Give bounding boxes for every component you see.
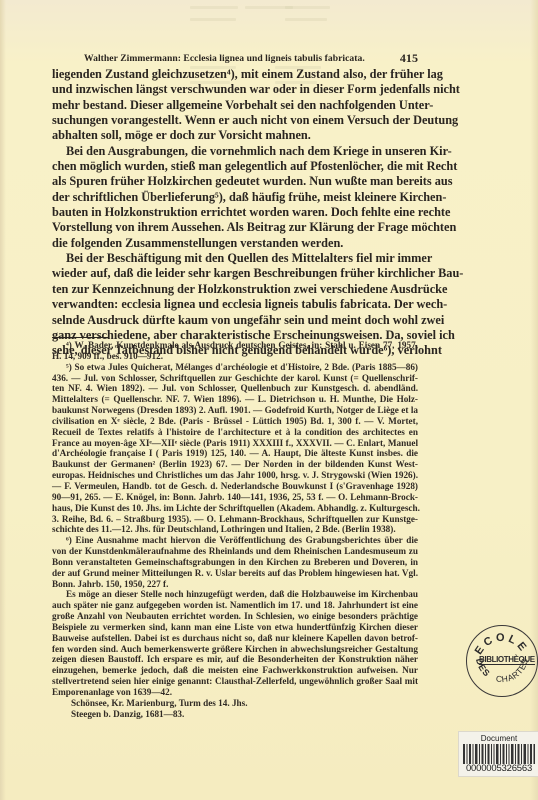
body-line: Bei den Ausgrabungen, die vornehmlich na… [52,144,418,159]
footnote-line: stellvertretend seien hier einige genann… [52,676,418,687]
body-line: ten zur Kennzeichnung der Holzkonstrukti… [52,282,418,297]
body-line: mehr bestand. Dieser allgemeine Vorbehal… [52,98,418,113]
body-line: die folgenden Zusammenstellungen verstan… [52,236,418,251]
svg-text:ECOLE: ECOLE [473,632,531,657]
footnote-line: H. 14, 909 ff., bes. 910—912. [52,351,418,362]
footnote-4: ⁴) W. Bader, Kunstdenkmale als Ausdruck … [52,340,418,362]
footnote-6: ⁶) Eine Ausnahme macht hiervon die Veröf… [52,535,418,589]
footnote-line: Bonn veranstalteten Gemeinschaftsgrabung… [52,557,418,568]
footnote-line: — F. Vermeulen, Handb. tot de Gesch. d. … [52,481,418,492]
body-text: liegenden Zustand gleichzusetzen⁴), mit … [52,67,418,359]
body-line: liegenden Zustand gleichzusetzen⁴), mit … [52,67,418,82]
page-number: 415 [400,51,418,66]
footnote-examples: Schönsee, Kr. Marienburg, Turm des 14. J… [52,698,418,720]
footnote-line: Bauweise aufstellen. Dabei ist es durcha… [52,633,418,644]
stamp-top-text: ECOLE [473,632,531,657]
example-line: Steegen b. Danzig, 1681—83. [52,709,418,720]
footnote-line: auch später nie ganz aufgegeben worden i… [52,600,418,611]
footnote-line: Es möge an dieser Stelle noch hinzugefüg… [52,589,418,600]
footnote-5: ⁵) So etwa Jules Quicherat, Mélanges d'a… [52,362,418,536]
body-line: Bei der Beschäftigung mit den Quellen de… [52,251,418,266]
body-line: chen möglich wurden, stieß man gelegentl… [52,159,418,174]
example-line: Schönsee, Kr. Marienburg, Turm des 14. J… [52,698,418,709]
body-line: suchungen vorangestellt. Wenn er auch ni… [52,113,418,128]
body-line: und inzwischen längst verschwunden war o… [52,82,418,97]
body-line: bauten in Holzkonstruktion errichtet wor… [52,205,418,220]
footnotes: ⁴) W. Bader, Kunstdenkmale als Ausdruck … [52,340,418,720]
barcode-title: Document [459,734,538,743]
body-line: verwandten: ecclesia lignea und ecclesia… [52,297,418,312]
footnote-line: 3. Reihe, Bd. 6. – Straßburg 1935). — O.… [52,514,418,525]
footnote-line: ⁴) W. Bader, Kunstdenkmale als Ausdruck … [52,340,418,351]
running-title: Walther Zimmermann: Ecclesia lignea und … [84,53,365,64]
body-line: als Spuren früher Holzkirchen gedeutet w… [52,174,418,189]
footnote-line: europas. Heidnisches und Christliches um… [52,470,418,481]
footnote-line: 436. — Jul. von Schlosser, Schriftquelle… [52,373,418,384]
body-line: abhalten soll, möge er doch zur Vorsicht… [52,128,418,143]
barcode-label: Document 0000005326563 [458,731,538,777]
barcode-icon [463,744,535,764]
footnote-line: zeigen diesen Baustoff. Ich erspare es m… [52,654,418,665]
footnote-line: 90—91, 265. — E. Knögel, in: Bonn. Jahrb… [52,492,418,503]
footnote-line: Emporenanlage von 1639—42. [52,687,418,698]
footnote-line: d'Archéologie française I ( Paris 1919) … [52,448,418,459]
footnote-6-addendum: Es möge an dieser Stelle noch hinzugefüg… [52,589,418,697]
stamp-center-text: BIBLIOTHÈQUE [479,655,535,665]
library-stamp: ECOLE DES CHARTES BIBLIOTHÈQUE [466,625,538,697]
footnote-line: Beispiele zu vermerken sind, kann man ei… [52,622,418,633]
footnote-line: Baukunst der Germanen² (Berlin 1923) 67.… [52,459,418,470]
footnote-line: civilisation en Xᵉ siècle, 2 Bde. (Paris… [52,416,418,427]
footnote-line: ten NF. 4. Wien 1892). — Jul. von Schlos… [52,383,418,394]
footnote-line: ⁵) So etwa Jules Quicherat, Mélanges d'a… [52,362,418,373]
footnote-separator [52,337,108,338]
running-head: Walther Zimmermann: Ecclesia lignea und … [84,52,418,66]
barcode-number: 0000005326563 [459,763,538,774]
footnote-line: einzugehen, bemerke jedoch, daß die meis… [52,665,418,676]
footnote-line: Recueil de Textes relatifs à l'histoire … [52,427,418,438]
footnote-line: fen worden sind. Auch bemerkenswerte grö… [52,644,418,655]
body-line: der schriftlichen Überlieferung⁵), daß h… [52,190,418,205]
footnote-line: ⁶) Eine Ausnahme macht hiervon die Veröf… [52,535,418,546]
footnote-line: haus, Die Kunst des 10. Jhs. im Lichte d… [52,503,418,514]
footnote-line: von der Kunstdenkmäleraufnahme des Rhein… [52,546,418,557]
footnote-line: schichte des 11.—12. Jhs. für Deutschlan… [52,524,418,535]
footnote-line: Mittelalters (= Quellenschr. NF. 7. Wien… [52,394,418,405]
body-line: selnde Ausdruck dürfte kaum von ungefähr… [52,313,418,328]
footnote-line: France au moyen-âge XIᵉ—XIIᵉ siècle (Par… [52,438,418,449]
body-line: Vorstellung von ihrem Aussehen. Als Beit… [52,220,418,235]
body-line: wieder auf, daß die leider sehr kargen B… [52,266,418,281]
footnote-line: baukunst Norwegens (Dresden 1893) 2. Auf… [52,405,418,416]
footnote-line: der auf Grund meiner Mitteilungen R. v. … [52,568,418,579]
footnote-line: Bonn. Jahrb. 150, 1950, 227 f. [52,579,418,590]
footnote-line: große Anzahl von Neubauten errichtet wor… [52,611,418,622]
page-edge-shadow-left [0,0,6,800]
